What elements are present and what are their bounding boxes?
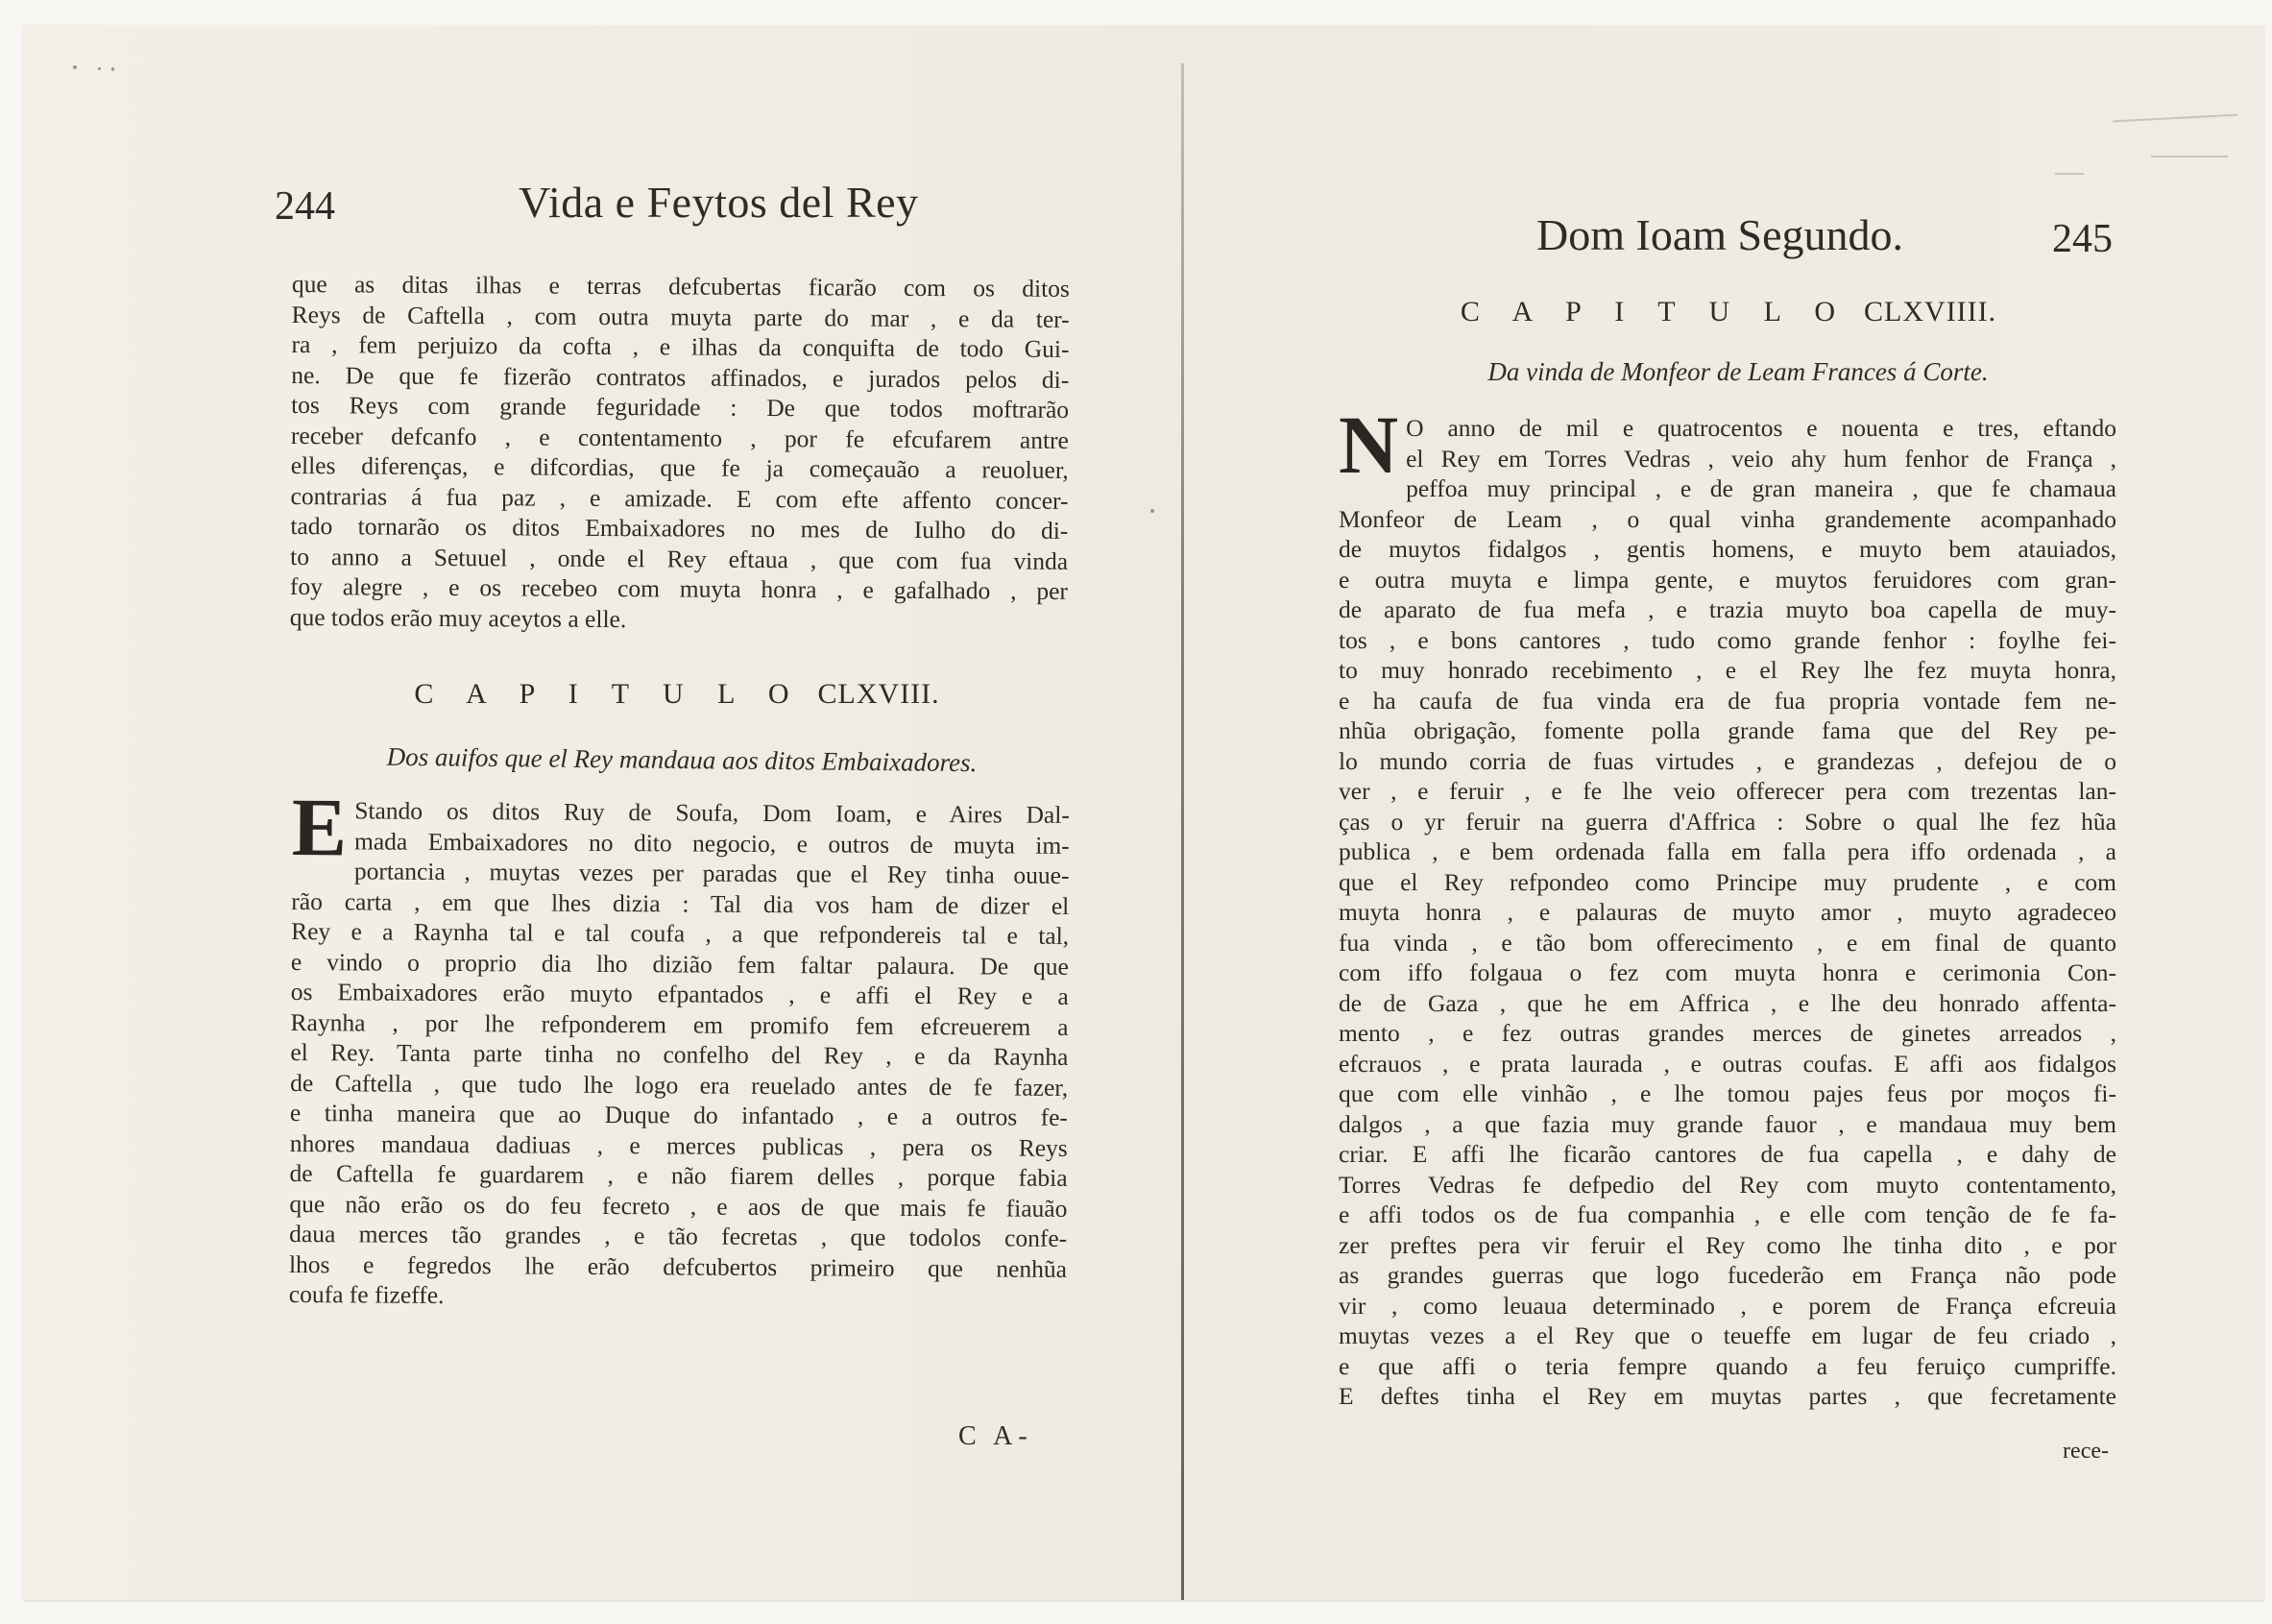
chapter-paragraph: N O anno de mil e quatrocentos e nouenta… (1339, 413, 2116, 1412)
text-line: e tinha maneira que ao Duque do infantad… (290, 1098, 1068, 1132)
text-line: ver , e feruir , e fe lhe veio offerecer… (1339, 776, 2116, 807)
text-line: tos , e bons cantores , tudo como grande… (1339, 625, 2116, 656)
text-line: dalgos , a que fazia muy grande fauor , … (1339, 1109, 2116, 1140)
text-line: muyta honra , e palauras de muyto amor ,… (1339, 897, 2116, 928)
text-line: portancia , muytas vezes per paradas que… (291, 856, 1069, 890)
scan-scratch (2113, 114, 2237, 123)
running-head-title: Dom Ioam Segundo. (1536, 202, 1903, 269)
scan-speck (111, 67, 114, 71)
text-line: com iffo folgaua o fez com muyta honra e… (1339, 957, 2116, 988)
text-line: nhores mandaua dadiuas , e merces public… (290, 1127, 1068, 1162)
text-line: Reys de Caftella , com outra muyta parte… (292, 299, 1070, 333)
text-line: ças o yr feruir na guerra d'Affrica : So… (1339, 807, 2116, 837)
text-line: lhos e fegredos lhe erão defcubertos pri… (289, 1248, 1067, 1283)
drop-cap: E (292, 797, 348, 857)
running-head-title: Vida e Feytos del Rey (519, 169, 919, 236)
text-line: que com elle vinhão , e lhe tomou pajes … (1339, 1079, 2116, 1109)
text-line: mento , e fez outras grandes merces de g… (1339, 1018, 2116, 1049)
scan-speck (73, 65, 77, 69)
text-line: nhũa obrigação, fomente polla grande fam… (1339, 715, 2116, 746)
continued-paragraph: que as ditas ilhas e terras defcubertas … (290, 269, 1070, 637)
text-line: mada Embaixadores no dito negocio, e out… (292, 825, 1070, 860)
book-spread: 244 Vida e Feytos del Rey que as ditas i… (23, 25, 2264, 1600)
text-line: que el Rey refpondeo como Principe muy p… (1339, 867, 2116, 898)
scan-scratch (2151, 156, 2228, 158)
text-line: vir , como leuaua determinado , e porem … (1339, 1291, 2116, 1321)
chapter-subtitle: Da vinda de Monfeor de Leam Frances á Co… (1373, 357, 2103, 387)
text-line: contrarias á fua paz , e amizade. E com … (290, 480, 1068, 515)
text-line: criar. E affi lhe ficarão cantores de fu… (1339, 1139, 2116, 1170)
text-line: de aparato de fua mefa , e trazia muyto … (1339, 594, 2116, 625)
text-line: rão carta , em que lhes dizia : Tal dia … (291, 885, 1069, 920)
text-line: el Rey. Tanta parte tinha no confelho de… (290, 1037, 1068, 1072)
text-line: e affi todos os de fua companhia , e ell… (1339, 1200, 2116, 1230)
text-line: de Caftella fe guardarem , e não fiarem … (289, 1158, 1067, 1193)
text-line: e outra muyta e limpa gente, e muytos fe… (1339, 565, 2116, 595)
text-line: peffoa muy principal , e de gran maneira… (1339, 473, 2116, 504)
text-line: Rey e a Raynha tal e tal coufa , a que r… (291, 916, 1069, 951)
chapter-heading: C A P I T U L OCLXVIIII. (1354, 296, 2103, 328)
text-line: el Rey em Torres Vedras , veio ahy hum f… (1339, 444, 2116, 474)
text-line: tado tornarão os ditos Embaixadores no m… (290, 511, 1068, 545)
scan-scratch (2055, 173, 2084, 175)
text-line: de de Gaza , que he em Affrica , e lhe d… (1339, 988, 2116, 1019)
running-head-left: 244 Vida e Feytos del Rey (269, 169, 1070, 236)
text-line: que todos erão muy aceytos a elle. (290, 601, 1068, 636)
text-line: Stando os ditos Ruy de Soufa, Dom Ioam, … (292, 795, 1070, 830)
chapter-number: CLXVIII. (818, 678, 940, 710)
page-number: 244 (275, 173, 335, 240)
text-line: que não erão os do feu fecreto , e aos d… (289, 1188, 1067, 1223)
text-line: to muy honrado recebimento , e el Rey lh… (1339, 655, 2116, 686)
chapter-paragraph: E Stando os ditos Ruy de Soufa, Dom Ioam… (289, 795, 1070, 1314)
text-line: Raynha , por lhe refponderem em promifo … (290, 1006, 1068, 1041)
text-line: elles diferenças, e difcordias, que fe j… (291, 450, 1069, 485)
text-line: Torres Vedras fe defpedio del Rey com mu… (1339, 1170, 2116, 1200)
text-line: e ha caufa de fua vinda era de fua propr… (1339, 686, 2116, 716)
text-line: de muytos fidalgos , gentis homens, e mu… (1339, 534, 2116, 565)
text-line: de Caftella , que tudo lhe logo era reue… (290, 1067, 1068, 1102)
text-line: as grandes guerras que logo fucederão em… (1339, 1260, 2116, 1291)
text-line: Monfeor de Leam , o qual vinha grandemen… (1339, 504, 2116, 535)
text-line: O anno de mil e quatrocentos e nouenta e… (1339, 413, 2116, 444)
page-number: 245 (2052, 206, 2113, 273)
text-line: e que affi o teria fempre quando a feu f… (1339, 1351, 2116, 1382)
chapter-number: CLXVIIII. (1864, 296, 1996, 327)
text-line: efcrauos , e prata laurada , e outras co… (1339, 1049, 2116, 1079)
text-line: que as ditas ilhas e terras defcubertas … (292, 269, 1070, 303)
running-head-right: Dom Ioam Segundo. 245 (1316, 169, 2116, 236)
left-page: 244 Vida e Feytos del Rey que as ditas i… (269, 169, 1070, 236)
text-line: to anno a Setuuel , onde el Rey eftaua ,… (290, 541, 1068, 575)
text-line: ne. De que fe fizerão contratos affinado… (291, 359, 1069, 394)
catchword: rece- (2063, 1439, 2109, 1465)
catchword: C A- (958, 1421, 1033, 1452)
chapter-subtitle: Dos auifos que el Rey mandaua aos ditos … (317, 741, 1047, 779)
text-line: E deftes tinha el Rey em muytas partes ,… (1339, 1381, 2116, 1412)
text-line: zer preftes pera vir feruir el Rey como … (1339, 1230, 2116, 1261)
text-line: ra , fem perjuizo da cofta , e ilhas da … (291, 329, 1069, 364)
scan-speck (1150, 509, 1154, 513)
text-line: os Embaixadores erão muyto efpantados , … (291, 977, 1069, 1011)
chapter-label: C A P I T U L O (1461, 296, 1849, 327)
right-page: Dom Ioam Segundo. 245 C A P I T U L OCLX… (1316, 169, 2116, 236)
scan-speck (98, 67, 101, 70)
text-line: fua vinda , e tão bom offerecimento , e … (1339, 928, 2116, 958)
text-line: tos Reys com grande feguridade : De que … (291, 390, 1069, 424)
chapter-label: C A P I T U L O (414, 678, 802, 710)
text-line: daua merces tão grandes , e tão fecretas… (289, 1219, 1067, 1253)
text-line: e vindo o proprio dia lho dizião fem fal… (291, 946, 1069, 981)
chapter-heading: C A P I T U L OCLXVIII. (307, 678, 1047, 711)
drop-cap: N (1339, 415, 1398, 474)
text-line: receber defcanfo , e contentamento , por… (291, 420, 1069, 454)
text-line: publica , e bem ordenada falla em falla … (1339, 836, 2116, 867)
text-line: lo mundo corria de fuas virtudes , e gra… (1339, 746, 2116, 777)
text-line: muytas vezes a el Rey que o teueffe em l… (1339, 1321, 2116, 1351)
text-line: foy alegre , e os recebeo com muyta honr… (290, 571, 1068, 606)
text-line: coufa fe fizeffe. (289, 1279, 1067, 1314)
book-gutter (1181, 63, 1184, 1600)
